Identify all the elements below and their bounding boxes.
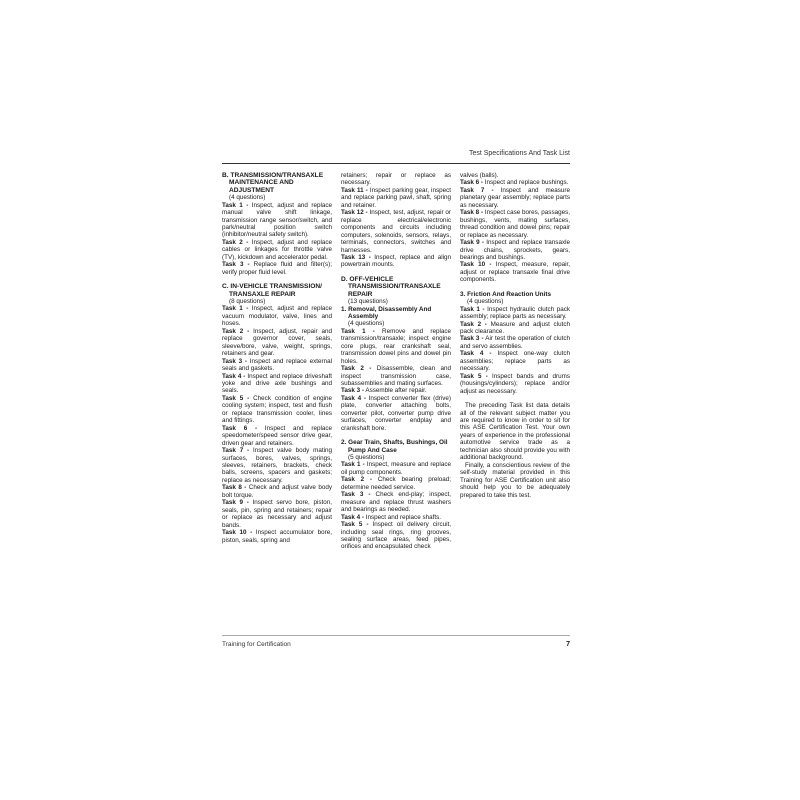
- column-3: valves (balls). Task 6 - Inspect and rep…: [460, 172, 570, 551]
- task-item: Task 3 - Assemble after repair.: [341, 387, 451, 394]
- task-item: Task 10 - Inspect accumulator bore, pist…: [222, 529, 332, 544]
- task-item: Task 1 - Inspect, adjust and replace man…: [222, 202, 332, 239]
- task-item: Task 10 - Inspect, measure, repair, adju…: [460, 261, 570, 283]
- task-item: Task 4 - Inspect and replace shafts.: [341, 514, 451, 521]
- section-b-count: (4 questions): [222, 194, 332, 201]
- task-item: Task 4 - Inspect one-way clutch assembli…: [460, 350, 570, 372]
- subsection-1-title: 1. Removal, Disassembly And Assembly: [341, 306, 451, 321]
- task-item: Task 3 - Check end-play; inspect, measur…: [341, 491, 451, 513]
- task-item: Task 1 - Inspect hydraulic clutch pack a…: [460, 306, 570, 321]
- task-item: Task 8 - Inspect case bores, passages, b…: [460, 209, 570, 239]
- task-item: Task 2 - Measure and adjust clutch pack …: [460, 321, 570, 336]
- task-item: Task 5 - Inspect bands and drums (housin…: [460, 373, 570, 395]
- page-number: 7: [566, 641, 570, 648]
- section-c-title: C. IN-VEHICLE TRANSMISSION/ TRANSAXLE RE…: [222, 283, 332, 298]
- task-item: Task 6 - Inspect and replace bushings.: [460, 179, 570, 186]
- section-c-count: (8 questions): [222, 298, 332, 305]
- section-b-title: B. TRANSMISSION/TRANSAXLE MAINTENANCE AN…: [222, 172, 332, 194]
- running-header: Test Specifications And Task List: [469, 150, 570, 157]
- task-item: Task 8 - Check and adjust valve body bol…: [222, 484, 332, 499]
- section-d-count: (13 questions): [341, 298, 451, 305]
- task-item: Task 2 - Inspect, adjust and replace cab…: [222, 239, 332, 261]
- subsection-2-title: 2. Gear Train, Shafts, Bushings, Oil Pum…: [341, 439, 451, 454]
- task-item: Task 9 - Inspect and replace transaxle d…: [460, 239, 570, 261]
- column-2: retainers; repair or replace as necessar…: [341, 172, 451, 551]
- task-item: Task 7 - Inspect valve body mating surfa…: [222, 447, 332, 484]
- task-item: Task 3 - Replace fluid and filter(s); ve…: [222, 261, 332, 276]
- column-1: B. TRANSMISSION/TRANSAXLE MAINTENANCE AN…: [222, 172, 332, 551]
- header-rule: [222, 163, 570, 164]
- subsection-3-title: 3. Friction And Reaction Units: [460, 291, 570, 298]
- task-item: Task 1 - Inspect, adjust and replace vac…: [222, 305, 332, 327]
- continued-text: valves (balls).: [460, 172, 570, 179]
- task-item: Task 2 - Check bearing preload; determin…: [341, 476, 451, 491]
- closing-paragraph-2: Finally, a conscientious review of the s…: [460, 462, 570, 499]
- task-item: Task 7 - Inspect and measure planetary g…: [460, 187, 570, 209]
- footer-title: Training for Certification: [222, 641, 291, 648]
- task-item: Task 11 - Inspect parking gear, inspect …: [341, 187, 451, 209]
- task-item: Task 2 - Disassemble, clean and inspect …: [341, 365, 451, 387]
- task-item: Task 1 - Inspect, measure and replace oi…: [341, 461, 451, 476]
- task-item: Task 3 - Inspect and replace external se…: [222, 358, 332, 373]
- subsection-1-count: (4 questions): [341, 320, 451, 327]
- subsection-3-count: (4 questions): [460, 298, 570, 305]
- continued-text: retainers; repair or replace as necessar…: [341, 172, 451, 187]
- text-columns: B. TRANSMISSION/TRANSAXLE MAINTENANCE AN…: [222, 172, 570, 551]
- task-item: Task 5 - Inspect oil delivery circuit, i…: [341, 521, 451, 551]
- task-item: Task 4 - Inspect converter flex (drive) …: [341, 395, 451, 432]
- task-item: Task 1 - Remove and replace transmission…: [341, 328, 451, 365]
- task-item: Task 3 - Air test the operation of clutc…: [460, 335, 570, 350]
- task-item: Task 2 - Inspect, adjust, repair and rep…: [222, 328, 332, 358]
- subsection-2-count: (5 questions): [341, 454, 451, 461]
- task-item: Task 13 - Inspect, replace and align pow…: [341, 254, 451, 269]
- section-d-title: D. OFF-VEHICLE TRANSMISSION/TRANSAXLE RE…: [341, 276, 451, 298]
- document-page: Test Specifications And Task List B. TRA…: [222, 140, 570, 660]
- task-item: Task 5 - Check condition of engine cooli…: [222, 395, 332, 425]
- task-item: Task 12 - Inspect, test, adjust, repair …: [341, 209, 451, 254]
- closing-paragraph-1: The preceding Task list data details all…: [460, 402, 570, 462]
- task-item: Task 9 - Inspect servo bore, piston, sea…: [222, 499, 332, 529]
- task-item: Task 4 - Inspect and replace driveshaft …: [222, 373, 332, 395]
- footer-rule: [222, 635, 570, 636]
- task-item: Task 6 - Inspect and replace speedometer…: [222, 425, 332, 447]
